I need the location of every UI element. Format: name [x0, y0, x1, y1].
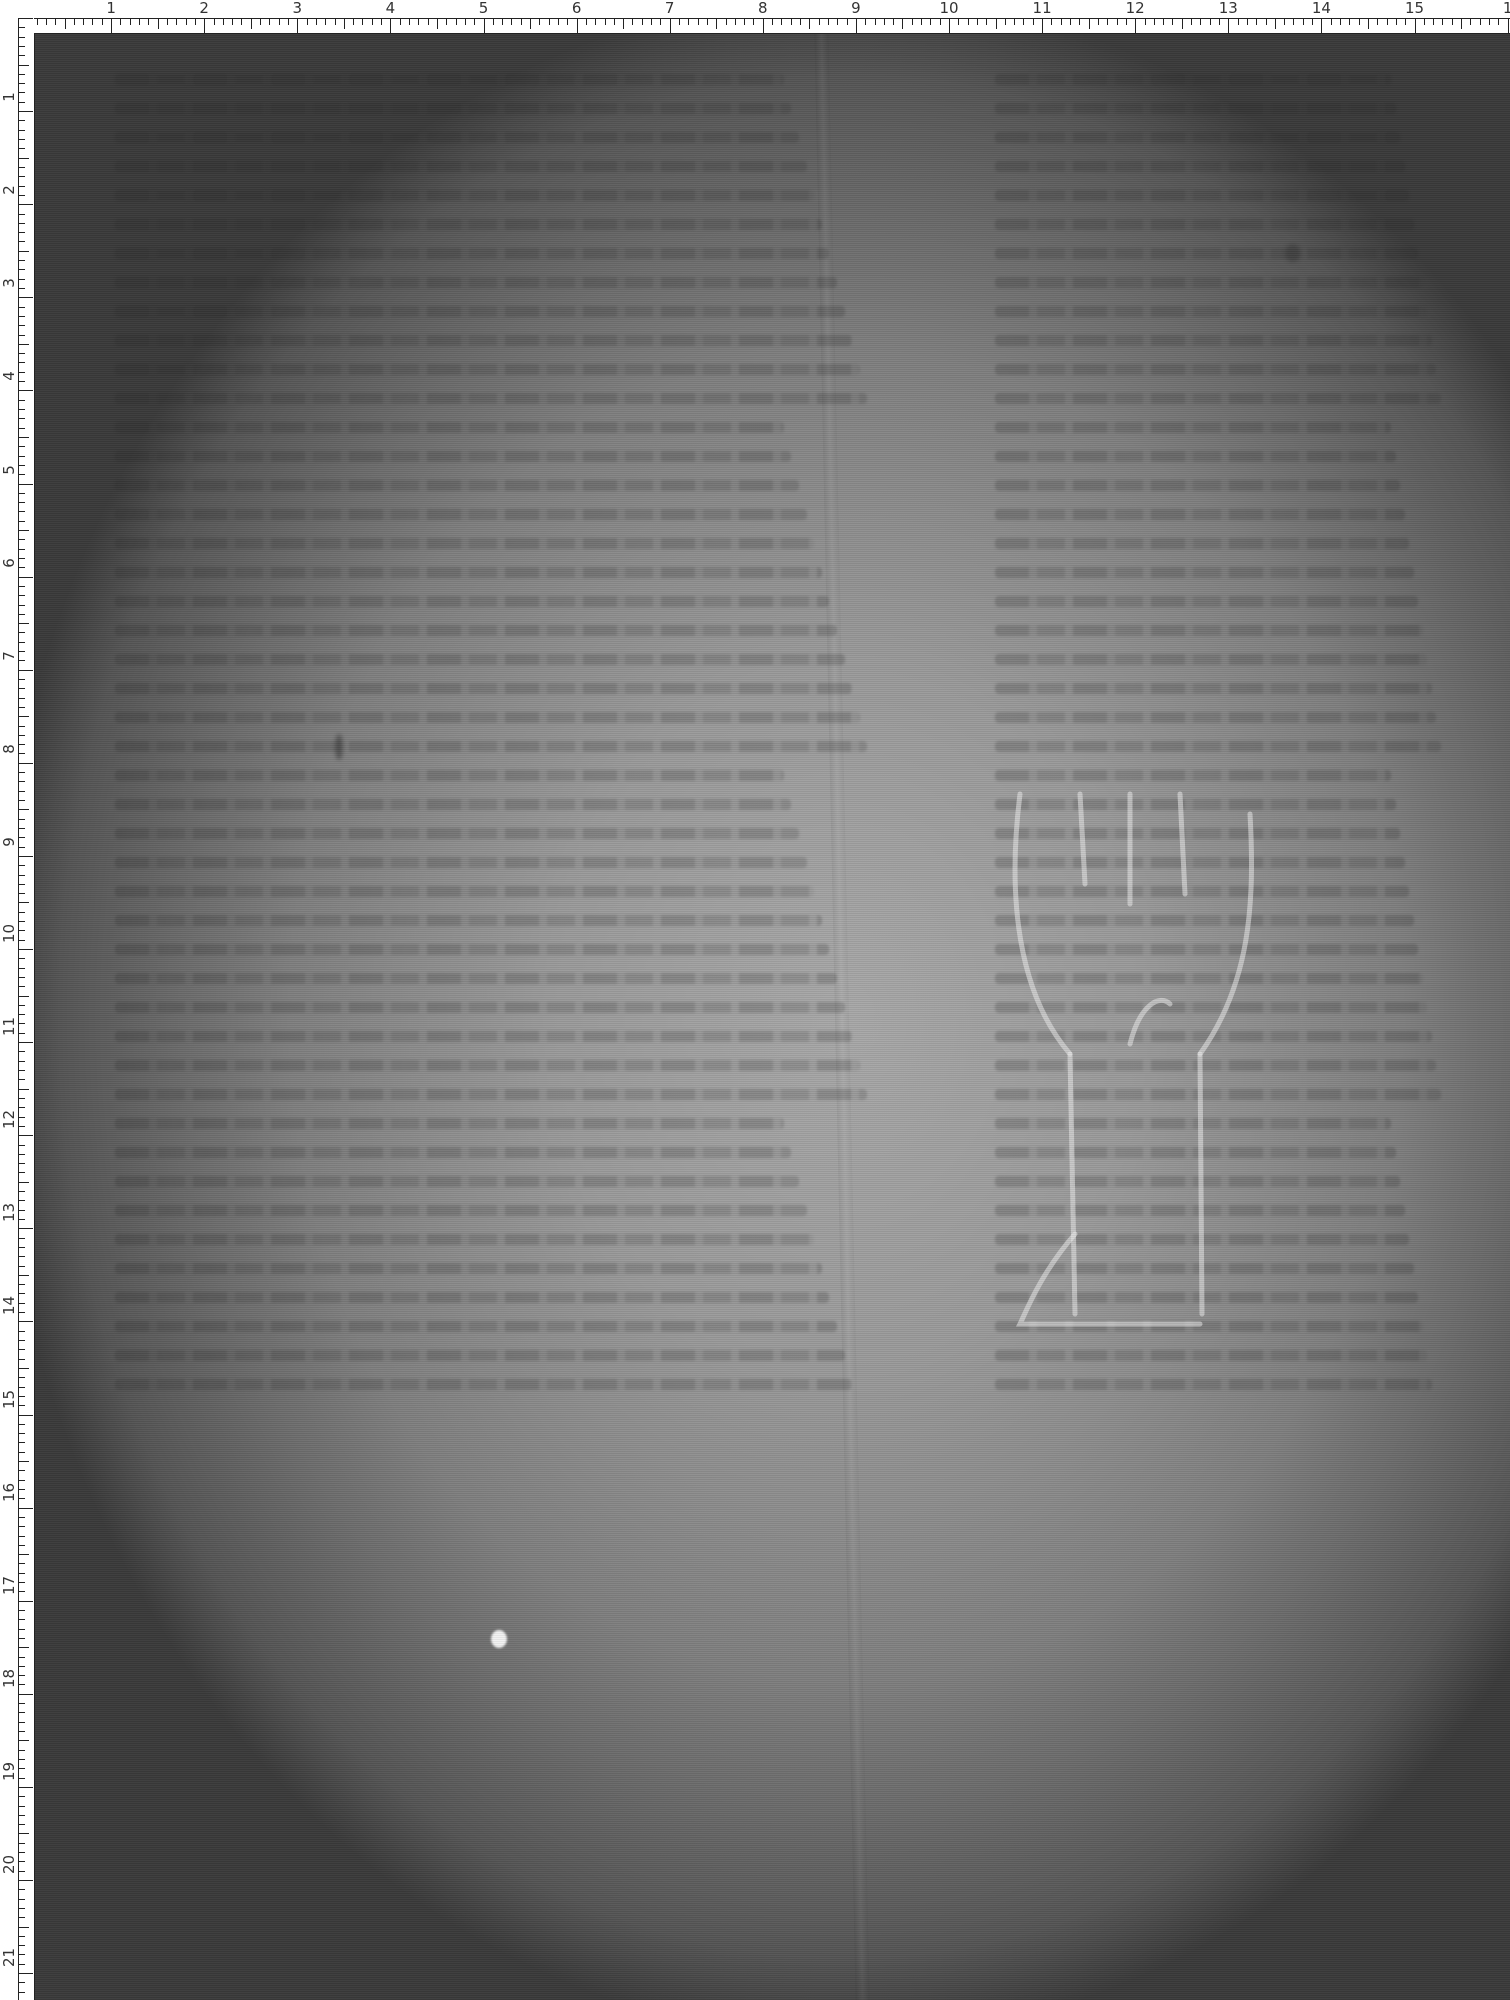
ruler-tick: [19, 800, 25, 801]
ruler-tick: [19, 1340, 25, 1341]
ruler-tick: [19, 74, 25, 75]
ruler-tick: [19, 1610, 25, 1611]
ruler-tick: [381, 19, 382, 25]
ruler-tick: [1089, 19, 1090, 29]
ruler-tick: [912, 19, 913, 25]
ruler-tick: [19, 549, 25, 550]
faded-text-line: [115, 828, 799, 839]
ruler-tick: [19, 856, 33, 857]
ruler-tick: [19, 1470, 25, 1471]
ruler-tick: [176, 19, 177, 25]
faded-text-line: [115, 1118, 784, 1129]
ruler-tick: [19, 539, 25, 540]
faded-text-line: [115, 973, 837, 984]
ruler-tick: [19, 484, 33, 485]
ruler-tick: [1228, 19, 1229, 33]
ruler-tick: [1126, 19, 1127, 25]
ruler-tick: [1387, 19, 1388, 25]
ruler-tick: [19, 1480, 25, 1481]
ruler-tick: [930, 19, 931, 25]
ruler-tick: [688, 19, 689, 25]
ruler-tick: [19, 1303, 25, 1304]
ruler-tick: [884, 19, 885, 25]
ruler-tick: [19, 1387, 25, 1388]
ruler-tick: [19, 1452, 25, 1453]
ruler-tick: [19, 1228, 33, 1229]
faded-text-line: [115, 1350, 845, 1361]
ruler-tick: [1312, 19, 1313, 25]
ruler-top-label: 1: [1503, 0, 1510, 16]
ruler-tick: [19, 707, 25, 708]
ruler-tick: [651, 19, 652, 25]
faded-text-line: [115, 335, 852, 346]
faded-text-line: [115, 1379, 852, 1390]
ruler-tick: [325, 19, 326, 25]
ruler-tick: [19, 353, 25, 354]
faded-text-line: [995, 335, 1432, 346]
faded-text-line: [995, 248, 1418, 259]
ruler-tick: [902, 19, 903, 29]
ruler-tick: [19, 921, 25, 922]
faded-text-line: [115, 248, 829, 259]
ruler-tick: [19, 1787, 33, 1788]
ruler-tick: [19, 269, 25, 270]
ruler-top-label: 6: [572, 0, 582, 16]
ruler-tick: [1498, 19, 1499, 25]
ruler-tick: [19, 511, 25, 512]
ruler-tick: [37, 19, 38, 25]
ruler-tick: [130, 19, 131, 25]
ruler-tick: [800, 19, 801, 25]
ruler-tick: [19, 1154, 25, 1155]
ruler-tick: [241, 19, 242, 25]
ruler-tick: [567, 19, 568, 25]
ruler-top-label: 12: [1126, 0, 1145, 16]
ruler-left-label: 9: [1, 834, 17, 850]
faded-text-line: [115, 1002, 845, 1013]
ruler-tick: [195, 19, 196, 25]
ruler-tick: [19, 1089, 29, 1090]
ruler-tick: [1023, 19, 1024, 25]
faded-text-line: [115, 509, 807, 520]
ruler-tick: [19, 1973, 33, 1974]
ruler-tick: [19, 502, 25, 503]
ruler-tick: [19, 1163, 25, 1164]
ruler-left-label: 18: [1, 1672, 17, 1688]
faded-text-line: [115, 625, 837, 636]
ruler-tick: [400, 19, 401, 25]
ruler-tick: [19, 223, 25, 224]
ruler-tick: [1098, 19, 1099, 25]
ruler-tick: [19, 875, 25, 876]
ruler-tick: [679, 19, 680, 25]
ruler-left-label: 5: [1, 462, 17, 478]
ruler-tick: [19, 1042, 33, 1043]
ruler-tick: [1442, 19, 1443, 25]
ruler-tick: [19, 772, 25, 773]
ruler-tick: [204, 19, 205, 33]
ruler-tick: [362, 19, 363, 25]
ruler-tick: [837, 19, 838, 25]
ruler-tick: [1266, 19, 1267, 25]
ruler-tick: [1359, 19, 1360, 25]
ruler-tick: [19, 1582, 25, 1583]
ruler-tick: [1489, 19, 1490, 25]
ruler-tick: [484, 19, 485, 33]
faded-text-line: [995, 161, 1405, 172]
faded-text-line: [995, 422, 1391, 433]
ruler-tick: [167, 19, 168, 25]
faded-text-line: [995, 625, 1423, 636]
ruler-tick: [19, 1135, 33, 1136]
ruler-tick: [1256, 19, 1257, 25]
faded-text-line: [115, 654, 845, 665]
ruler-tick: [111, 19, 112, 33]
ruler-tick: [19, 781, 25, 782]
ruler-tick: [19, 958, 25, 959]
ruler-tick: [19, 65, 29, 66]
ruler-tick: [19, 400, 25, 401]
ruler-left-label: 2: [1, 182, 17, 198]
ruler-tick: [949, 19, 950, 33]
ruler-top-label: 4: [386, 0, 396, 16]
ruler-tick: [19, 27, 25, 28]
ruler-tick: [19, 930, 25, 931]
ruler-tick: [19, 297, 33, 298]
ruler-tick: [19, 902, 29, 903]
ruler-left-label: 21: [1, 1951, 17, 1967]
ruler-tick: [19, 1768, 25, 1769]
ruler-tick: [19, 586, 25, 587]
ruler-tick: [19, 92, 25, 93]
ruler-tick: [19, 1098, 25, 1099]
ruler-tick: [772, 19, 773, 25]
faded-text-line: [995, 480, 1400, 491]
ruler-tick: [809, 19, 810, 29]
faded-text-line: [115, 219, 822, 230]
ruler-tick: [260, 19, 261, 25]
ruler-tick: [19, 1293, 25, 1294]
ruler-tick: [19, 1712, 25, 1713]
ruler-tick: [251, 19, 252, 29]
ruler-tick: [19, 195, 25, 196]
ruler-top-label: 7: [665, 0, 675, 16]
ruler-tick: [642, 19, 643, 25]
ruler-tick: [986, 19, 987, 25]
ruler-tick: [316, 19, 317, 25]
faded-text-line: [115, 190, 814, 201]
faded-text-line: [995, 219, 1414, 230]
ink-blot: [335, 734, 343, 760]
faded-text-line: [995, 596, 1418, 607]
ruler-tick: [1508, 19, 1509, 33]
ruler-tick: [763, 19, 764, 33]
ruler-left-label: 8: [1, 741, 17, 757]
ruler-tick: [19, 670, 33, 671]
ruler-tick: [19, 716, 29, 717]
ruler-tick: [19, 1601, 33, 1602]
ruler-tick: [19, 893, 25, 894]
ruler-tick: [372, 19, 373, 25]
ruler-tick: [1145, 19, 1146, 25]
faded-text-line: [995, 364, 1436, 375]
faded-text-line: [115, 857, 807, 868]
ruler-tick: [865, 19, 866, 25]
ruler-tick: [502, 19, 503, 25]
faded-text-line: [115, 538, 814, 549]
faded-text-line: [115, 1147, 791, 1158]
faded-text-line: [995, 1379, 1432, 1390]
ruler-tick: [353, 19, 354, 25]
faded-text-line: [115, 596, 829, 607]
faded-text-line: [995, 509, 1405, 520]
ruler-tick: [19, 1498, 25, 1499]
ruler-tick: [19, 316, 25, 317]
ruler-tick: [19, 1675, 25, 1676]
ruler-tick: [921, 19, 922, 25]
faded-text-line: [115, 1205, 807, 1216]
ruler-tick: [19, 120, 25, 121]
ruler-tick: [19, 1321, 33, 1322]
ruler-tick: [19, 1526, 25, 1527]
ruler-tick: [1331, 19, 1332, 25]
ruler-tick: [716, 19, 717, 29]
ruler-tick: [19, 1023, 25, 1024]
ruler-tick: [19, 726, 25, 727]
ruler-tick: [19, 418, 25, 419]
ruler-tick: [781, 19, 782, 25]
ruler-tick: [19, 1275, 29, 1276]
ruler-tick: [1172, 19, 1173, 25]
ruler-tick: [19, 474, 25, 475]
faded-text-line: [115, 1031, 852, 1042]
ruler-tick: [19, 1638, 25, 1639]
ruler-tick: [344, 19, 345, 29]
ink-blot: [1285, 244, 1301, 262]
ruler-tick: [19, 577, 33, 578]
ruler-tick: [214, 19, 215, 25]
ruler-tick: [1033, 19, 1034, 25]
ruler-tick: [19, 1629, 25, 1630]
ruler-tick: [19, 791, 25, 792]
ruler-tick: [19, 288, 25, 289]
ruler-tick: [1238, 19, 1239, 25]
ruler-tick: [1293, 19, 1294, 25]
ruler-left-label: 11: [1, 1020, 17, 1036]
ruler-tick: [19, 409, 25, 410]
ruler-tick: [19, 493, 25, 494]
ruler-tick: [19, 1508, 33, 1509]
ruler-tick: [1405, 19, 1406, 25]
ruler-tick: [19, 102, 25, 103]
ruler-tick: [19, 847, 25, 848]
ruler-tick: [19, 698, 25, 699]
faded-text-line: [115, 364, 860, 375]
faded-text-line: [995, 393, 1441, 404]
faded-text-line: [115, 103, 791, 114]
ruler-tick: [1154, 19, 1155, 25]
ruler-tick: [139, 19, 140, 25]
ruler-tick: [279, 19, 280, 25]
ruler-tick: [19, 977, 25, 978]
ruler-tick: [19, 251, 29, 252]
ruler-tick: [19, 1833, 29, 1834]
ruler-tick: [19, 679, 25, 680]
ruler-tick: [1284, 19, 1285, 25]
faded-text-line: [115, 1263, 822, 1274]
ruler-tick: [19, 1415, 33, 1416]
ruler-tick: [549, 19, 550, 25]
ruler-tick: [19, 1442, 25, 1443]
ruler-tick: [19, 111, 33, 112]
ruler-tick: [307, 19, 308, 25]
faded-text-line: [115, 1176, 799, 1187]
ruler-tick: [19, 1796, 25, 1797]
ruler-tick: [1368, 19, 1369, 29]
ruler-top-label: 8: [758, 0, 768, 16]
ruler-tick: [595, 19, 596, 25]
ruler-tick: [19, 446, 25, 447]
ruler-tick: [19, 465, 25, 466]
ruler-tick: [1321, 19, 1322, 33]
ruler-tick: [19, 940, 25, 941]
ruler-tick: [19, 986, 25, 987]
ruler-tick: [19, 1172, 25, 1173]
ruler-tick: [19, 809, 29, 810]
ruler-tick: [1480, 19, 1481, 25]
ruler-tick: [19, 735, 25, 736]
faded-text-line: [995, 190, 1409, 201]
ruler-tick: [19, 18, 33, 19]
ruler-tick: [577, 19, 578, 33]
ruler-tick: [977, 19, 978, 25]
ruler-tick: [19, 996, 29, 997]
ruler-tick: [19, 1061, 25, 1062]
ruler-tick: [297, 19, 298, 33]
ruler-tick: [19, 567, 25, 568]
ruler-tick: [19, 1647, 29, 1648]
faded-text-line: [995, 712, 1436, 723]
ruler-left-label: 20: [1, 1858, 17, 1874]
faded-text-line: [995, 654, 1427, 665]
ruler-tick: [1219, 19, 1220, 25]
ruler-tick: [19, 344, 29, 345]
ruler-tick: [19, 1210, 25, 1211]
ruler-top-label: 2: [199, 0, 209, 16]
ruler-tick: [893, 19, 894, 25]
ruler-left-label: 19: [1, 1765, 17, 1781]
ruler-tick: [19, 1489, 25, 1490]
faded-text-line: [115, 1321, 837, 1332]
ruler-tick: [19, 260, 25, 261]
ruler-tick: [968, 19, 969, 25]
ruler-tick: [456, 19, 457, 25]
ruler-tick: [1424, 19, 1425, 25]
ruler-tick: [19, 1005, 25, 1006]
faded-text-line: [995, 451, 1396, 462]
faded-text-line: [995, 306, 1427, 317]
ruler-tick: [707, 19, 708, 25]
ruler-tick: [19, 1740, 29, 1741]
ruler-tick: [19, 632, 25, 633]
faded-text-line: [115, 393, 867, 404]
ruler-tick: [19, 660, 25, 661]
ruler-tick: [19, 214, 25, 215]
ruler-tick: [530, 19, 531, 29]
ruler-tick: [19, 307, 25, 308]
ruler-tick: [19, 1871, 25, 1872]
ruler-tick: [996, 19, 997, 29]
ruler-tick: [19, 949, 33, 950]
ruler-left-label: 7: [1, 648, 17, 664]
ruler-tick: [55, 19, 56, 25]
ruler-tick: [19, 148, 25, 149]
ruler-tick: [875, 19, 876, 25]
ruler-tick: [1396, 19, 1397, 25]
faded-text-line: [115, 799, 791, 810]
ruler-tick: [19, 968, 25, 969]
ruler-tick: [19, 1992, 25, 1993]
ruler-tick: [19, 1219, 25, 1220]
ruler-tick: [19, 1694, 33, 1695]
ruler-tick: [670, 19, 671, 33]
ruler-tick: [19, 1359, 25, 1360]
ruler-top-label: 3: [293, 0, 303, 16]
ruler-tick: [19, 1014, 25, 1015]
ruler-tick: [19, 390, 33, 391]
ruler-tick: [390, 19, 391, 33]
ruler-tick: [19, 1591, 25, 1592]
ruler-tick: [19, 1619, 25, 1620]
ruler-tick: [1042, 19, 1043, 33]
ruler-tick: [102, 19, 103, 25]
faded-text-line: [115, 944, 829, 955]
ruler-tick: [19, 1815, 25, 1816]
ruler-tick: [19, 521, 25, 522]
ruler-tick: [19, 1284, 25, 1285]
ruler-tick: [19, 1852, 25, 1853]
ruler-tick: [19, 158, 29, 159]
faded-text-line: [115, 1060, 860, 1071]
ruler-left-label: 16: [1, 1486, 17, 1502]
ruler-tick: [660, 19, 661, 25]
ruler-tick: [1061, 19, 1062, 25]
ruler-tick: [19, 1554, 29, 1555]
ruler-tick: [83, 19, 84, 25]
ruler-tick: [19, 83, 25, 84]
ruler-tick: [726, 19, 727, 25]
ruler-tick: [521, 19, 522, 25]
ruler-left-label: 4: [1, 368, 17, 384]
ruler-tick: [19, 130, 25, 131]
ruler-left-label: 6: [1, 555, 17, 571]
ruler-tick: [19, 912, 25, 913]
ruler-tick: [46, 19, 47, 25]
faded-text-line: [115, 132, 799, 143]
ruler-tick: [19, 1079, 25, 1080]
ruler-top-label: 15: [1405, 0, 1424, 16]
ruler-tick: [19, 381, 25, 382]
ruler-tick: [1461, 19, 1462, 29]
ruler-left-label: 17: [1, 1579, 17, 1595]
faded-text-line: [115, 1234, 814, 1245]
ruler-tick: [614, 19, 615, 25]
ruler-tick: [19, 437, 29, 438]
ruler-tick: [19, 232, 25, 233]
ruler-top-label: 13: [1219, 0, 1238, 16]
ruler-tick: [1117, 19, 1118, 25]
ruler-tick: [446, 19, 447, 25]
